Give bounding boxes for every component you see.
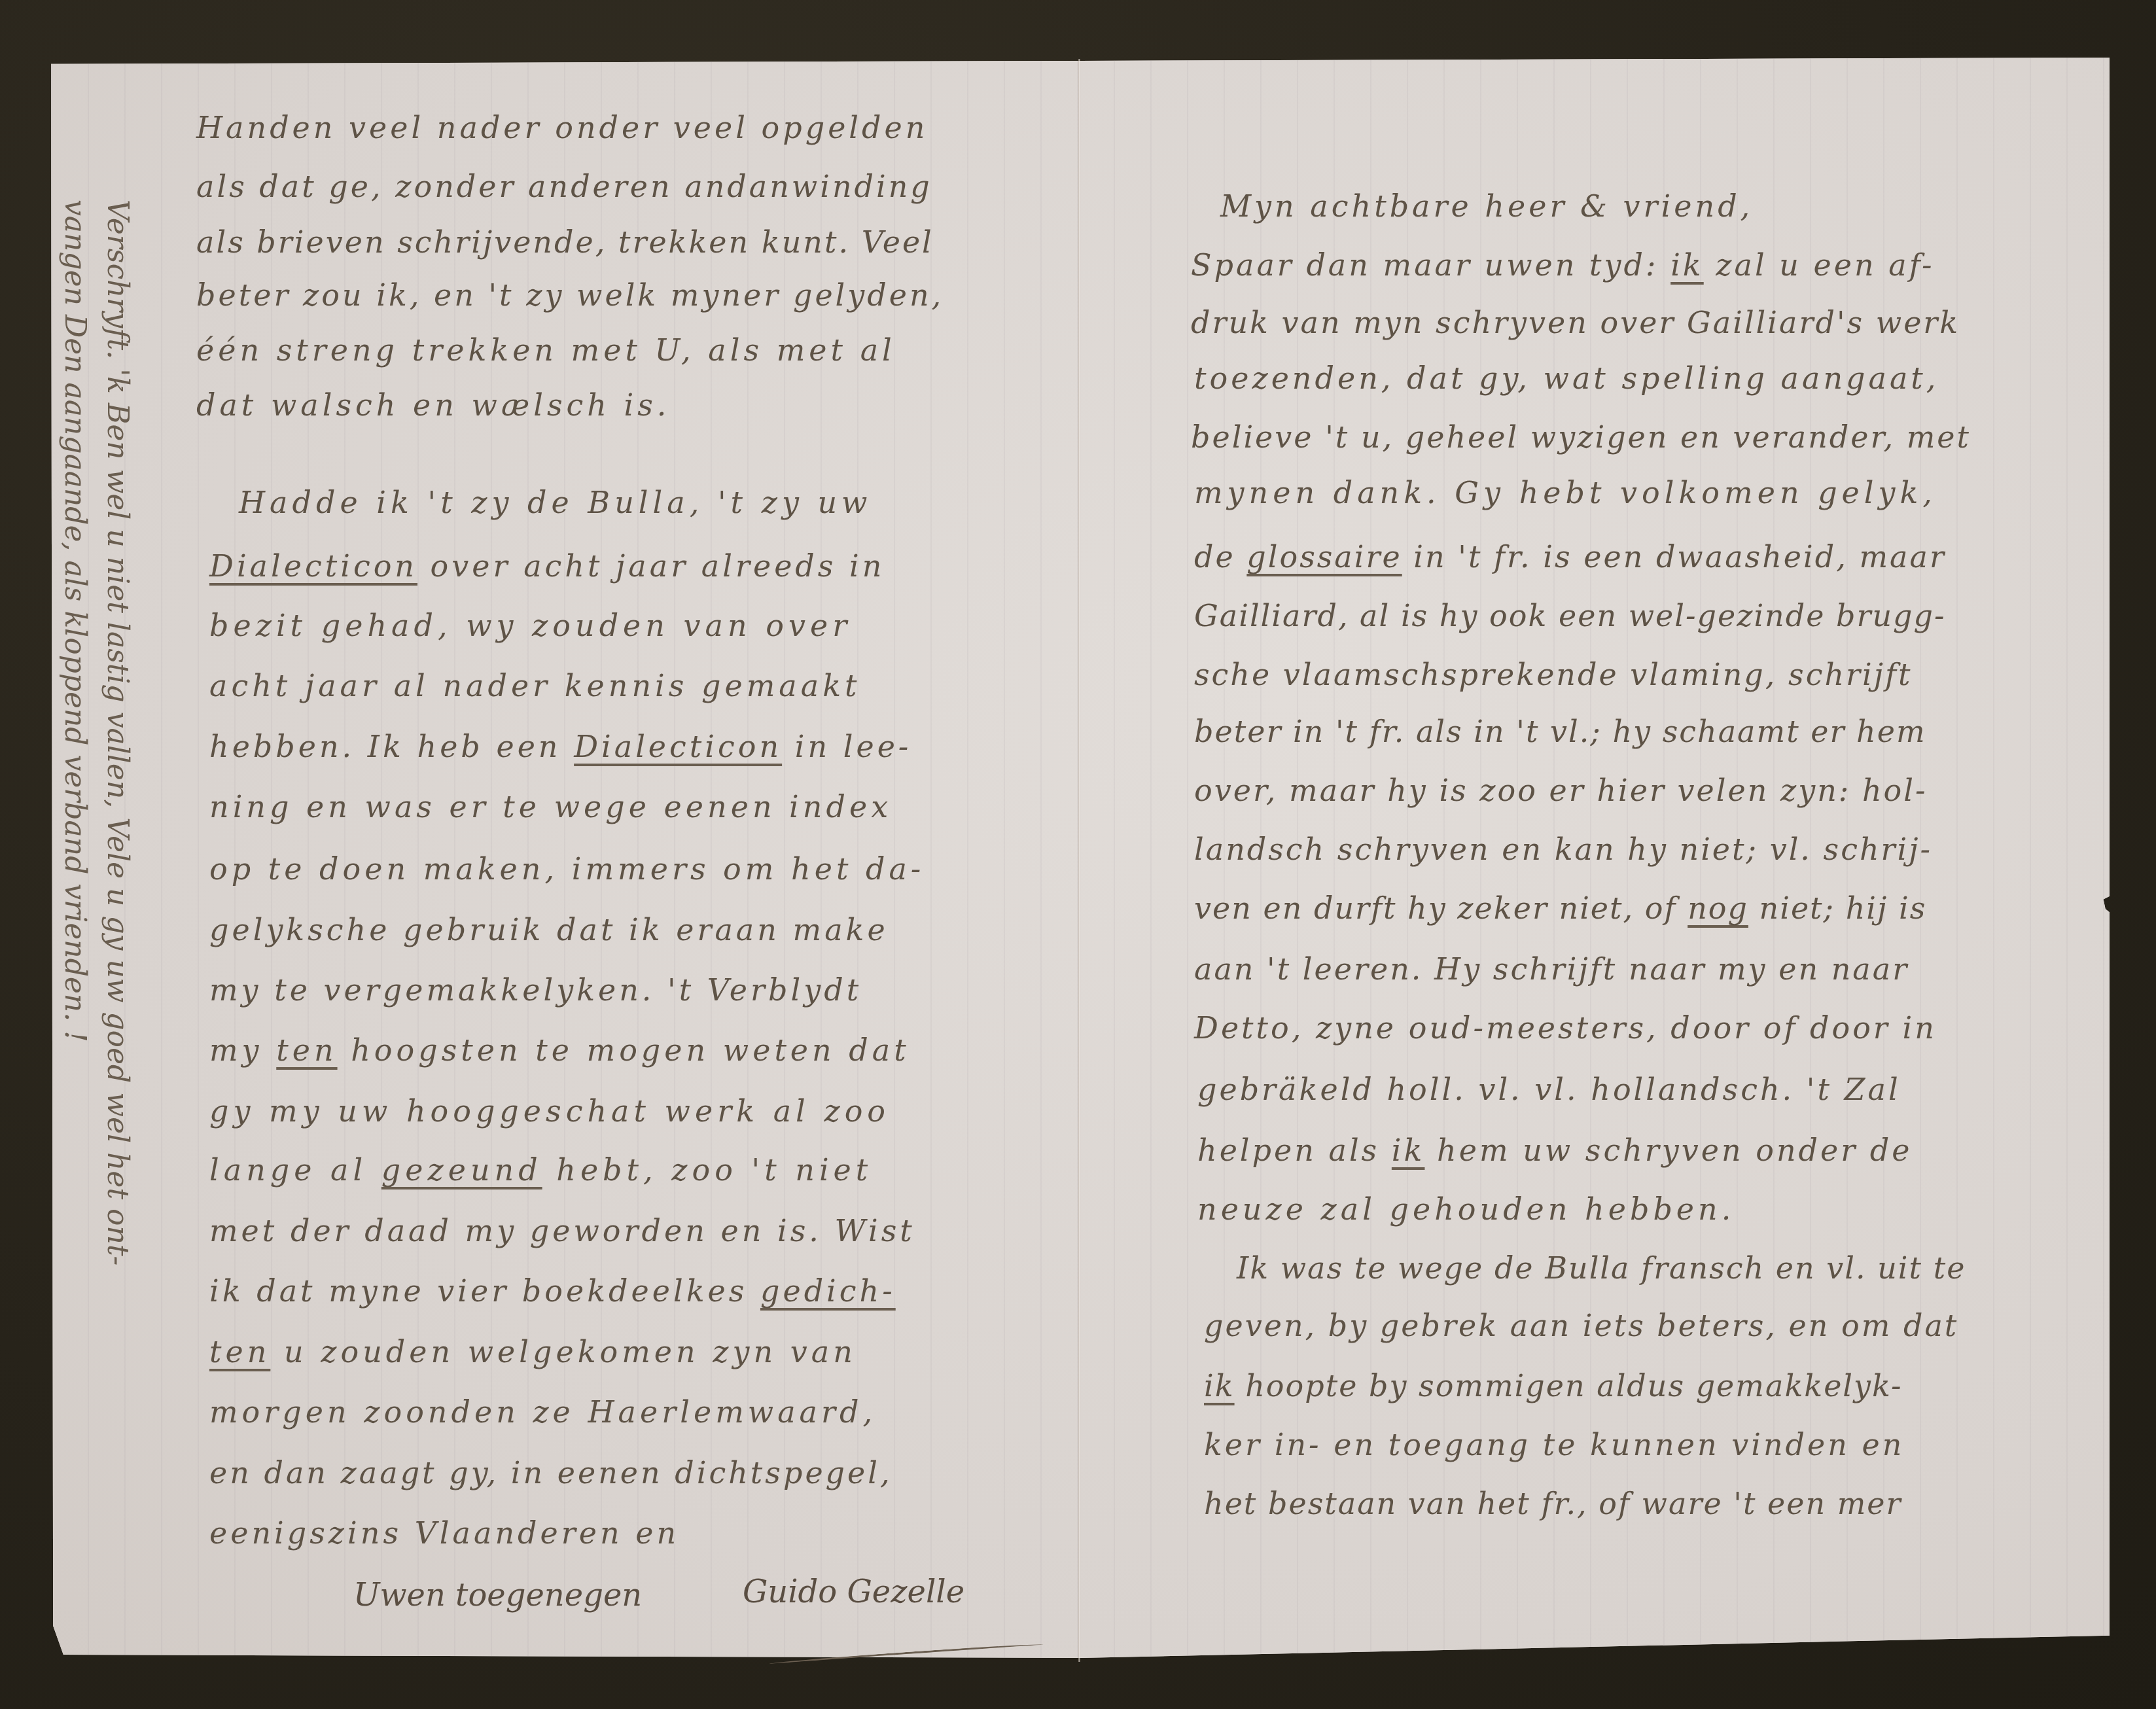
text-line: Gailliard, al is hy ook een wel-gezinde …: [1194, 601, 1946, 631]
text-line: en dan zaagt gy, in eenen dichtspegel,: [209, 1458, 892, 1488]
text-line: als brieven schrijvende, trekken kunt. V…: [196, 227, 934, 257]
right-page: Myn achtbare heer & vriend, Spaar dan ma…: [1080, 0, 2156, 1709]
text-line: acht jaar al nader kennis gemaakt: [209, 671, 861, 701]
text-line: ning en was er te wege eenen index: [209, 792, 892, 822]
text-line: gebräkeld holl. vl. vl. hollandsch. 't Z…: [1197, 1074, 1901, 1104]
margin-note-line: vangen Den aangaande, als kloppend verba…: [58, 200, 92, 1042]
text-line: my te vergemakkelyken. 't Verblydt: [209, 975, 862, 1005]
salutation: Myn achtbare heer & vriend,: [1220, 191, 1753, 221]
closing-phrase: Uwen toegenegen: [353, 1577, 642, 1613]
text-line: als dat ge, zonder anderen andanwinding: [196, 171, 932, 202]
text-line: landsch schryven en kan hy niet; vl. sch…: [1194, 834, 1932, 864]
text-line: aan 't leeren. Hy schrijft naar my en na…: [1194, 954, 1909, 984]
text-line: druk van myn schryven over Gailliard's w…: [1191, 308, 1960, 338]
text-line: Dialecticon over acht jaar alreeds in: [209, 551, 885, 581]
text-line: ik hoopte by sommigen aldus gemakkelyk-: [1204, 1371, 1903, 1401]
text-line: sche vlaamschsprekende vlaming, schrijft: [1194, 660, 1913, 690]
text-line: bezit gehad, wy zouden van over: [209, 610, 851, 641]
text-line: beter zou ik, en 't zy welk myner gelyde…: [196, 280, 944, 310]
text-line: Hadde ik 't zy de Bulla, 't zy uw: [239, 487, 872, 518]
signature-flourish: [769, 1642, 1043, 1666]
text-line: gy my uw hooggeschat werk al zoo: [209, 1096, 890, 1126]
text-line: lange al gezeund hebt, zoo 't niet: [209, 1155, 872, 1185]
text-line: my ten hoogsten te mogen weten dat: [209, 1035, 910, 1065]
text-line: beter in 't fr. als in 't vl.; hy schaam…: [1194, 716, 1926, 747]
left-page: Handen veel nader onder veel opgelden al…: [0, 0, 1080, 1709]
text-line: gelyksche gebruik dat ik eraan make: [209, 915, 889, 945]
signature: Guido Gezelle: [743, 1574, 964, 1610]
text-line: geven, by gebrek aan iets beters, en om …: [1204, 1311, 1958, 1341]
text-line: ker in- en toegang te kunnen vinden en: [1204, 1430, 1904, 1460]
text-line: believe 't u, geheel wyzigen en verander…: [1191, 422, 1971, 452]
text-line: dat walsch en wælsch is.: [196, 390, 670, 420]
text-line: Ik was te wege de Bulla fransch en vl. u…: [1237, 1253, 1966, 1283]
text-line: ik dat myne vier boekdeelkes gedich-: [209, 1276, 896, 1306]
text-line: ten u zouden welgekomen zyn van: [209, 1337, 857, 1367]
text-line: helpen als ik hem uw schryven onder de: [1197, 1135, 1912, 1165]
margin-note-line: Verschryft. 'k Ben wel u niet lastig val…: [101, 200, 134, 1265]
text-line: met der daad my geworden en is. Wist: [209, 1216, 915, 1246]
text-line: Spaar dan maar uwen tyd: ik zal u een af…: [1191, 250, 1935, 280]
text-line: toezenden, dat gy, wat spelling aangaat,: [1194, 363, 1939, 393]
text-line: mynen dank. Gy hebt volkomen gelyk,: [1194, 478, 1937, 508]
text-line: eenigszins Vlaanderen en: [209, 1518, 679, 1548]
text-line: hebben. Ik heb een Dialecticon in lee-: [209, 731, 911, 762]
text-line: ven en durft hy zeker niet, of nog niet;…: [1194, 893, 1926, 923]
text-line: neuze zal gehouden hebben.: [1197, 1194, 1735, 1224]
text-line: het bestaan van het fr., of ware 't een …: [1204, 1489, 1902, 1519]
text-line: Handen veel nader onder veel opgelden: [196, 113, 928, 143]
text-line: één streng trekken met U, als met al: [196, 335, 896, 365]
text-line: morgen zoonden ze Haerlemwaard,: [209, 1397, 876, 1427]
text-line: de glossaire in 't fr. is een dwaasheid,…: [1194, 542, 1946, 572]
text-line: Detto, zyne oud-meesters, door of door i…: [1194, 1013, 1937, 1043]
text-line: over, maar hy is zoo er hier velen zyn: …: [1194, 775, 1928, 805]
text-line: op te doen maken, immers om het da-: [209, 854, 925, 884]
